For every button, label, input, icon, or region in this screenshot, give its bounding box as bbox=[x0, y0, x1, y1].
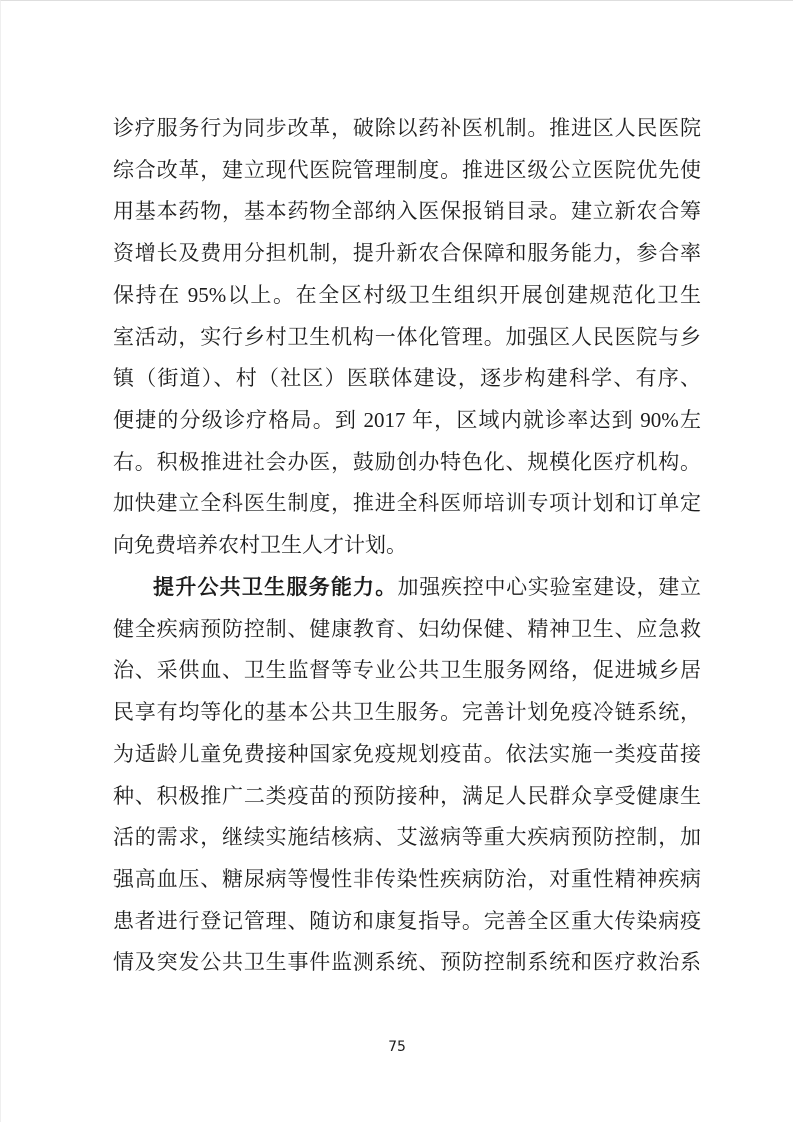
body-text-line: 便捷的分级诊疗格局。到 2017 年，区域内就诊率达到 90%左 bbox=[113, 400, 701, 442]
body-text-line: 向免费培养农村卫生人才计划。 bbox=[113, 525, 701, 567]
body-text-line: 为适龄儿童免费接种国家免疫规划疫苗。依法实施一类疫苗接 bbox=[113, 734, 701, 776]
paragraph-heading-rest: 加强疾控中心实验室建设，建立 bbox=[398, 575, 701, 599]
paragraph-heading: 提升公共卫生服务能力。 bbox=[153, 576, 398, 599]
body-text-line: 患者进行登记管理、随访和康复指导。完善全区重大传染病疫 bbox=[113, 901, 701, 943]
body-text-line: 室活动，实行乡村卫生机构一体化管理。加强区人民医院与乡 bbox=[113, 317, 701, 359]
body-text-line: 加快建立全科医生制度，推进全科医师培训专项计划和订单定 bbox=[113, 483, 701, 525]
body-text-line: 资增长及费用分担机制，提升新农合保障和服务能力，参合率 bbox=[113, 233, 701, 275]
body-text-line: 用基本药物，基本药物全部纳入医保报销目录。建立新农合筹 bbox=[113, 191, 701, 233]
paragraph-public-health: 提升公共卫生服务能力。加强疾控中心实验室建设，建立 健全疾病预防控制、健康教育、… bbox=[113, 567, 701, 984]
body-text-line: 健全疾病预防控制、健康教育、妇幼保健、精神卫生、应急救 bbox=[113, 609, 701, 651]
body-text-line: 种、积极推广二类疫苗的预防接种，满足人民群众享受健康生 bbox=[113, 776, 701, 818]
body-text-line: 诊疗服务行为同步改革，破除以药补医机制。推进区人民医院 bbox=[113, 108, 701, 150]
body-text-line: 情及突发公共卫生事件监测系统、预防控制系统和医疗救治系 bbox=[113, 942, 701, 984]
body-text-line: 综合改革，建立现代医院管理制度。推进区级公立医院优先使 bbox=[113, 150, 701, 192]
paragraph-heading-line: 提升公共卫生服务能力。加强疾控中心实验室建设，建立 bbox=[113, 567, 701, 609]
page-number: 75 bbox=[1, 1037, 793, 1057]
paragraph-public-health-body: 健全疾病预防控制、健康教育、妇幼保健、精神卫生、应急救 治、采供血、卫生监督等专… bbox=[113, 609, 701, 984]
paragraph-health-reform: 诊疗服务行为同步改革，破除以药补医机制。推进区人民医院 综合改革，建立现代医院管… bbox=[113, 108, 701, 567]
body-text-line: 强高血压、糖尿病等慢性非传染性疾病防治，对重性精神疾病 bbox=[113, 859, 701, 901]
document-page: 诊疗服务行为同步改革，破除以药补医机制。推进区人民医院 综合改革，建立现代医院管… bbox=[0, 0, 793, 1122]
body-text-line: 保持在 95%以上。在全区村级卫生组织开展创建规范化卫生 bbox=[113, 275, 701, 317]
body-text-line: 镇（街道）、村（社区）医联体建设，逐步构建科学、有序、 bbox=[113, 358, 701, 400]
body-text-line: 右。积极推进社会办医，鼓励创办特色化、规模化医疗机构。 bbox=[113, 442, 701, 484]
text-block: 诊疗服务行为同步改革，破除以药补医机制。推进区人民医院 综合改革，建立现代医院管… bbox=[113, 108, 701, 984]
body-text-line: 活的需求，继续实施结核病、艾滋病等重大疾病预防控制，加 bbox=[113, 817, 701, 859]
body-text-line: 民享有均等化的基本公共卫生服务。完善计划免疫冷链系统， bbox=[113, 692, 701, 734]
body-text-line: 治、采供血、卫生监督等专业公共卫生服务网络，促进城乡居 bbox=[113, 650, 701, 692]
